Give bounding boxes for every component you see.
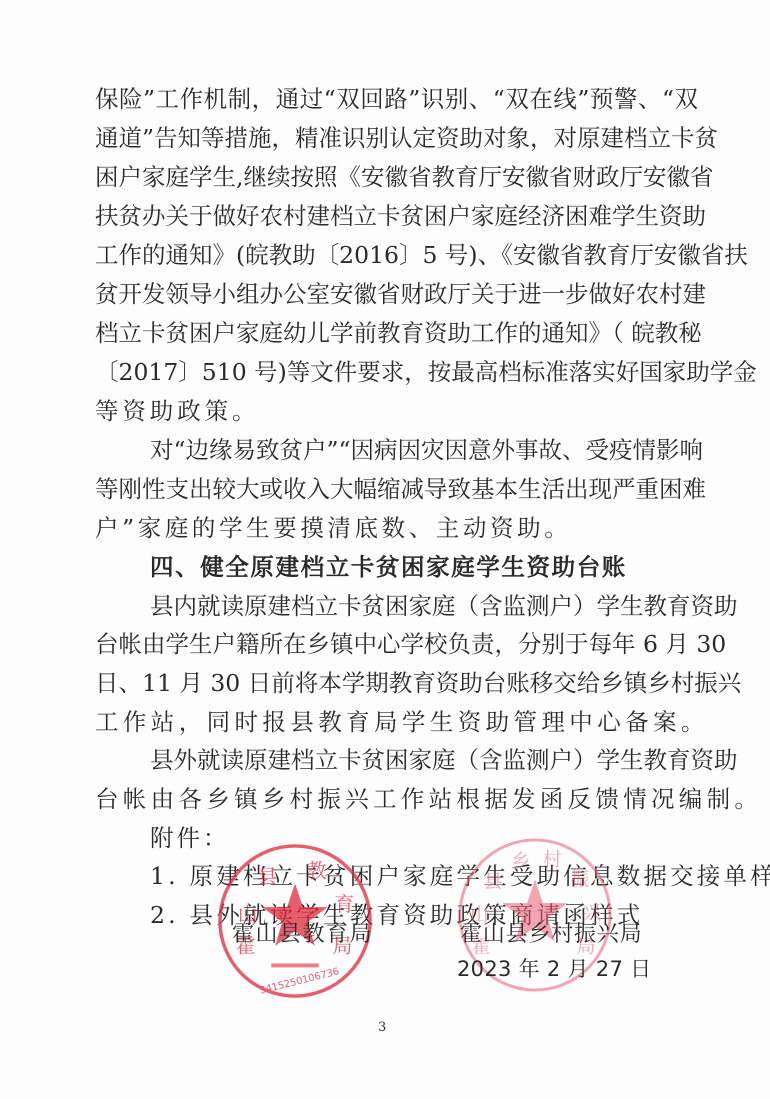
- svg-text:育: 育: [335, 893, 355, 916]
- paragraph-line: 保险”工作机制，通过“双回路”识别、“双在线”预警、“双: [95, 80, 698, 119]
- paragraph-line: 对“边缘易致贫户”“因病因灾因意外事故、受疫情影响: [150, 431, 698, 470]
- svg-text:乡: 乡: [511, 851, 530, 873]
- paragraph-line: 工作的通知》(皖教助〔2016〕5 号)、《安徽省教育厅安徽省扶: [95, 236, 698, 275]
- paragraph-line: 困户家庭学生,继续按照《安徽省教育厅安徽省财政厅安徽省: [95, 158, 698, 197]
- paragraph-line: 〔2017〕510 号)等文件要求，按最高档标准落实好国家助学金: [95, 353, 698, 392]
- svg-text:县: 县: [257, 865, 277, 888]
- paragraph-line: 档立卡贫困户家庭幼儿学前教育资助工作的通知》（ 皖教秘: [95, 314, 698, 353]
- document-page: 保险”工作机制，通过“双回路”识别、“双在线”预警、“双 通道”告知等措施，精准…: [0, 0, 770, 1099]
- paragraph-line: 县内就读原建档立卡贫困家庭（含监测户）学生教育资助: [150, 587, 698, 626]
- svg-text:3415250106736: 3415250106736: [259, 966, 341, 996]
- paragraph-line: 户”家庭的学生要摸清底数、主动资助。: [95, 509, 698, 548]
- svg-text:教: 教: [307, 860, 327, 883]
- paragraph-line: 扶贫办关于做好农村建档立卡贫困户家庭经济困难学生资助: [95, 197, 698, 236]
- svg-text:振: 振: [571, 868, 590, 890]
- document-date: 2023 年 2 月 27 日: [457, 953, 651, 983]
- svg-text:村: 村: [543, 849, 562, 871]
- paragraph-line: 贫开发领导小组办公室安徽省财政厅关于进一步做好农村建: [95, 275, 698, 314]
- paragraph-line: 县外就读原建档立卡贫困家庭（含监测户）学生教育资助: [150, 741, 698, 780]
- paragraph-line: 台帐由各乡镇乡村振兴工作站根据发函反馈情况编制。: [95, 780, 698, 819]
- paragraph-line: 台帐由学生户籍所在乡镇中心学校负责，分别于每年 6 月 30: [95, 625, 698, 664]
- paragraph-line: 等资助政策。: [95, 392, 698, 431]
- paragraph-line: 工作站，同时报县教育局学生资助管理中心备案。: [95, 703, 698, 742]
- signature-rural-revitalization-bureau: 霍山县乡村振兴局: [460, 917, 642, 948]
- section-heading: 四、健全原建档立卡贫困家庭学生资助台账: [150, 548, 698, 587]
- paragraph-line: 日、11 月 30 日前将本学期教育资助台账移交给乡镇乡村振兴: [95, 664, 698, 703]
- paragraph-line: 等刚性支出较大或收入大幅缩减导致基本生活出现严重困难: [95, 470, 698, 509]
- svg-text:县: 县: [484, 870, 503, 892]
- body-text: 保险”工作机制，通过“双回路”识别、“双在线”预警、“双 通道”告知等措施，精准…: [0, 0, 770, 1099]
- paragraph-line: 通道”告知等措施，精准识别认定资助对象，对原建档立卡贫: [95, 119, 698, 158]
- signature-education-bureau: 霍山县教育局: [232, 917, 373, 948]
